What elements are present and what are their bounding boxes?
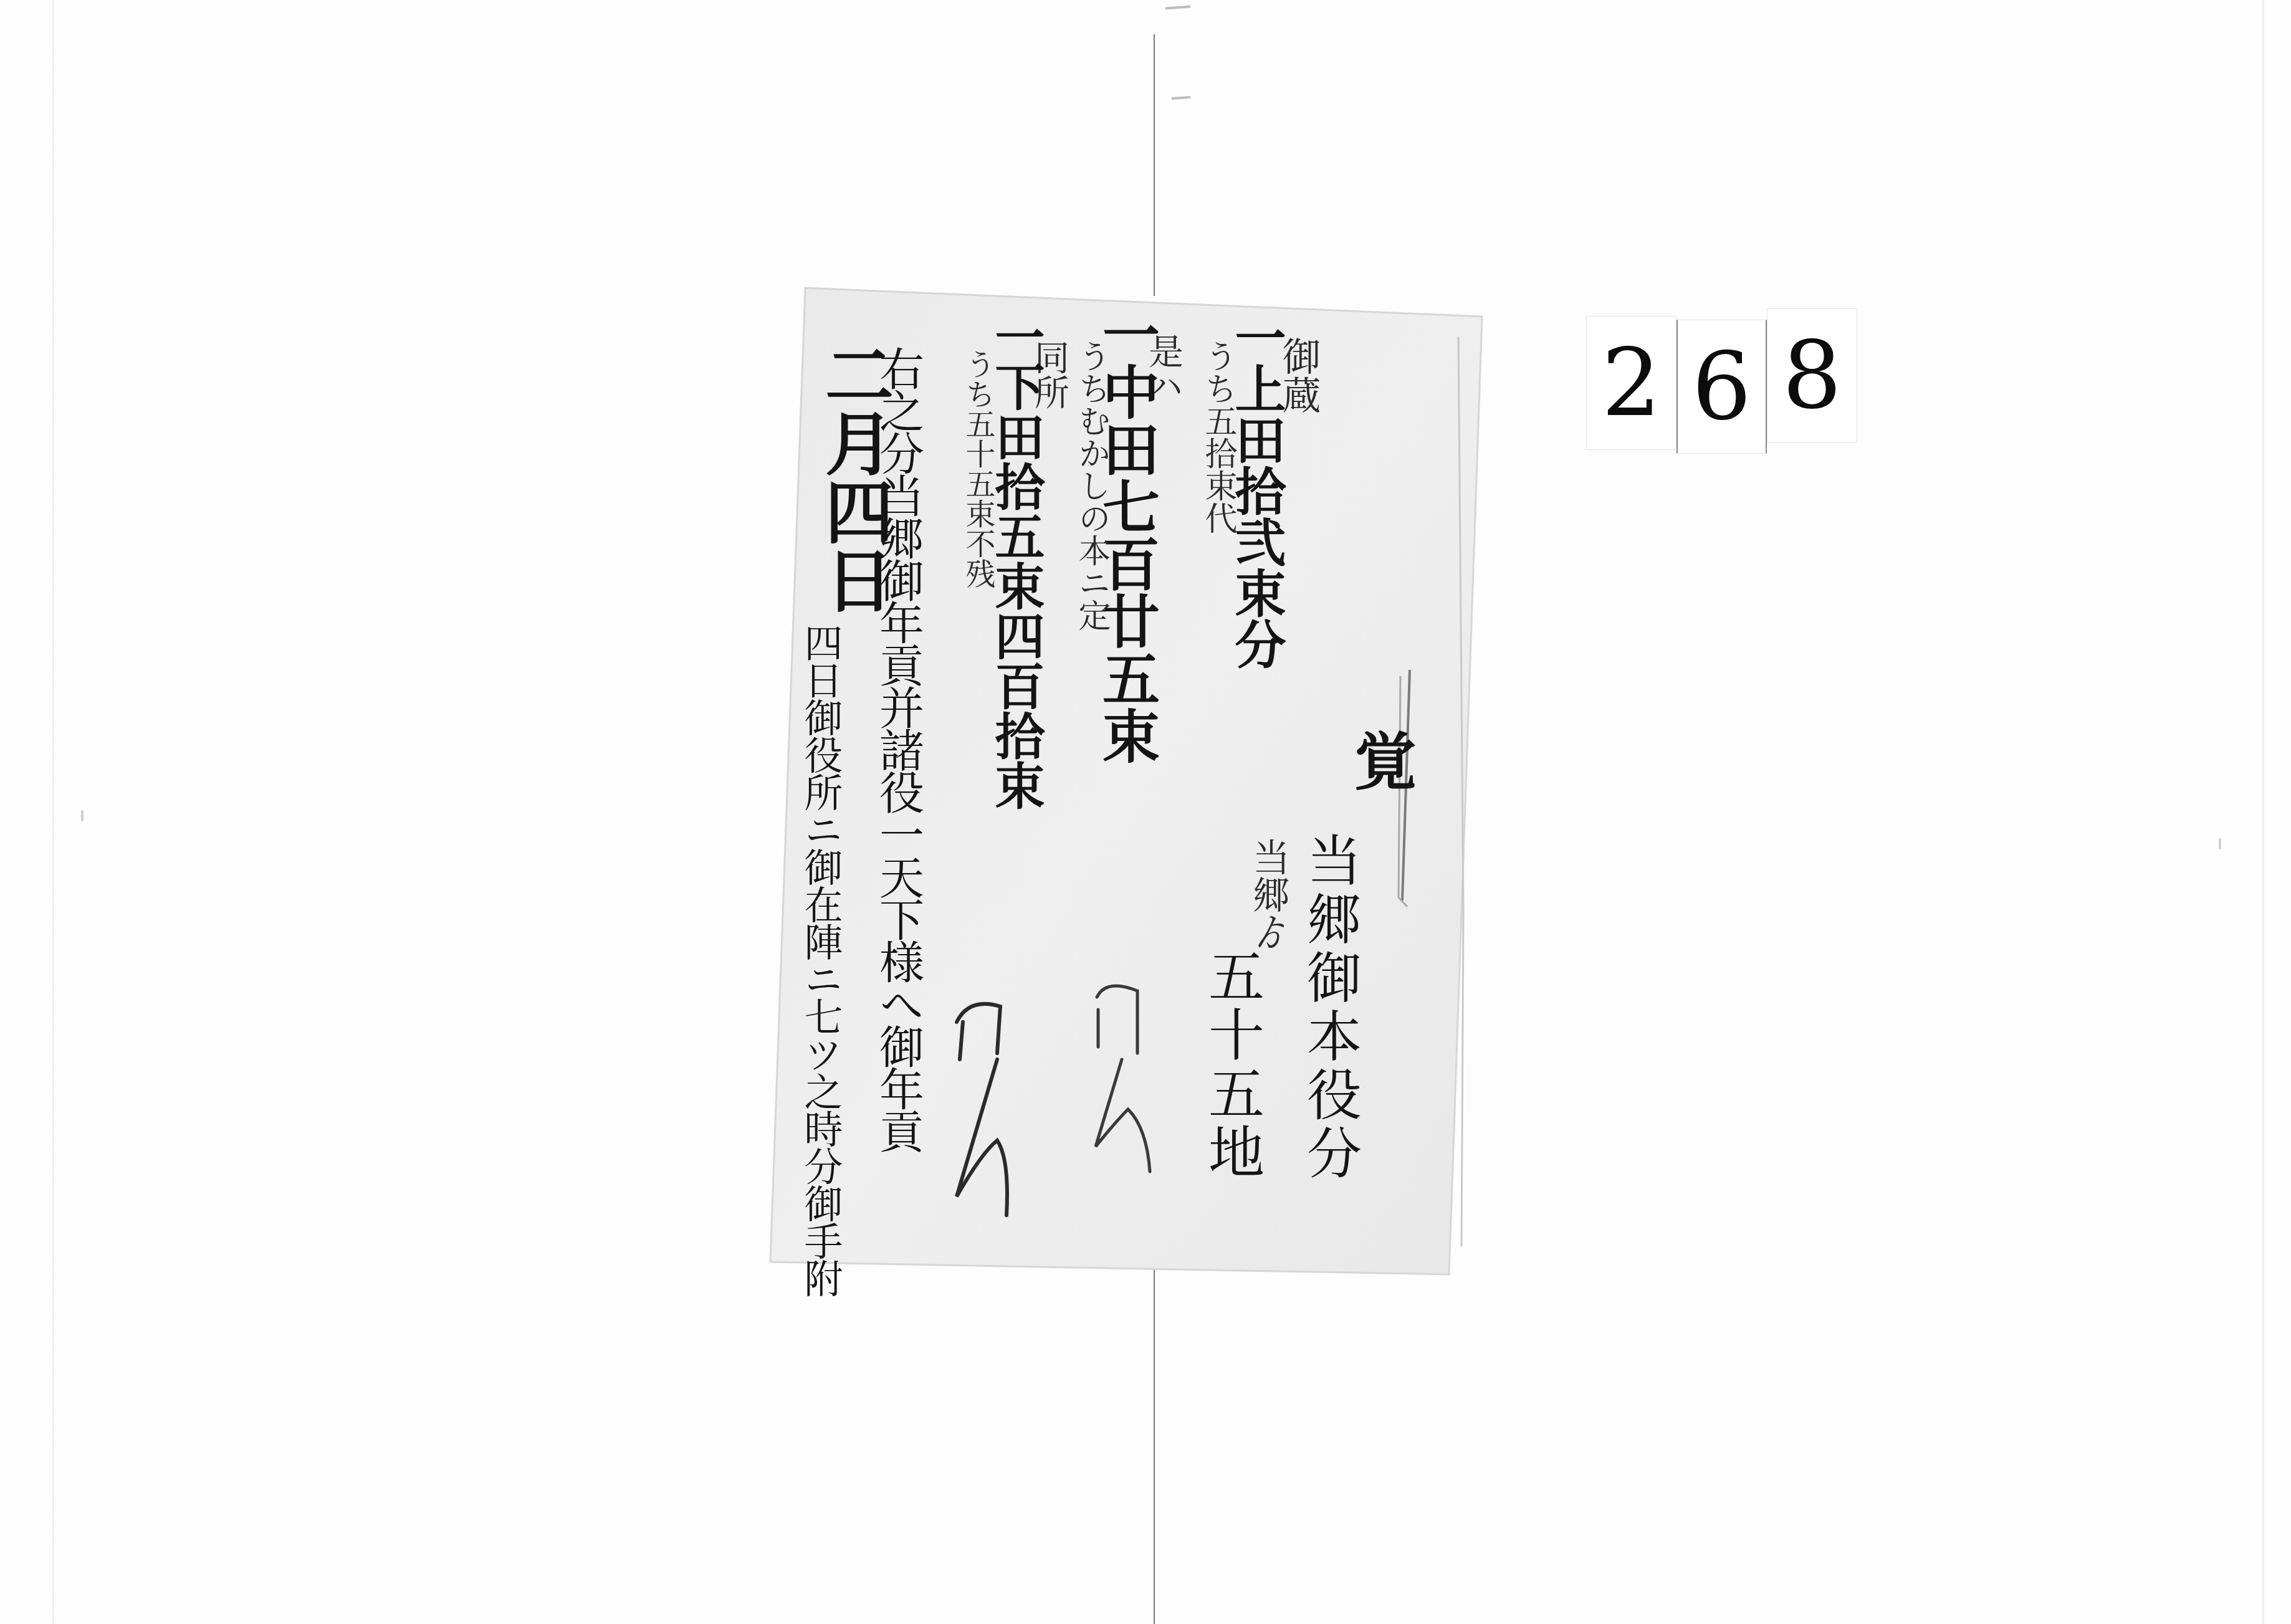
seal-mark-2 (1096, 986, 1150, 1172)
page-number-label: 2 6 8 (1586, 308, 1857, 458)
page-number-digit-2: 6 (1676, 320, 1767, 454)
seal-mark-1 (957, 1004, 1007, 1215)
document-sheet: 覚 当郷御本役分 当郷ゟ 五十五地 御蔵 一上田拾弐束分 うち五拾束代 是ハ 一… (0, 0, 2291, 1624)
page-number-digit-3: 8 (1767, 308, 1857, 442)
page-number-digit-1: 2 (1586, 316, 1676, 450)
seal-marks (0, 0, 2291, 1624)
